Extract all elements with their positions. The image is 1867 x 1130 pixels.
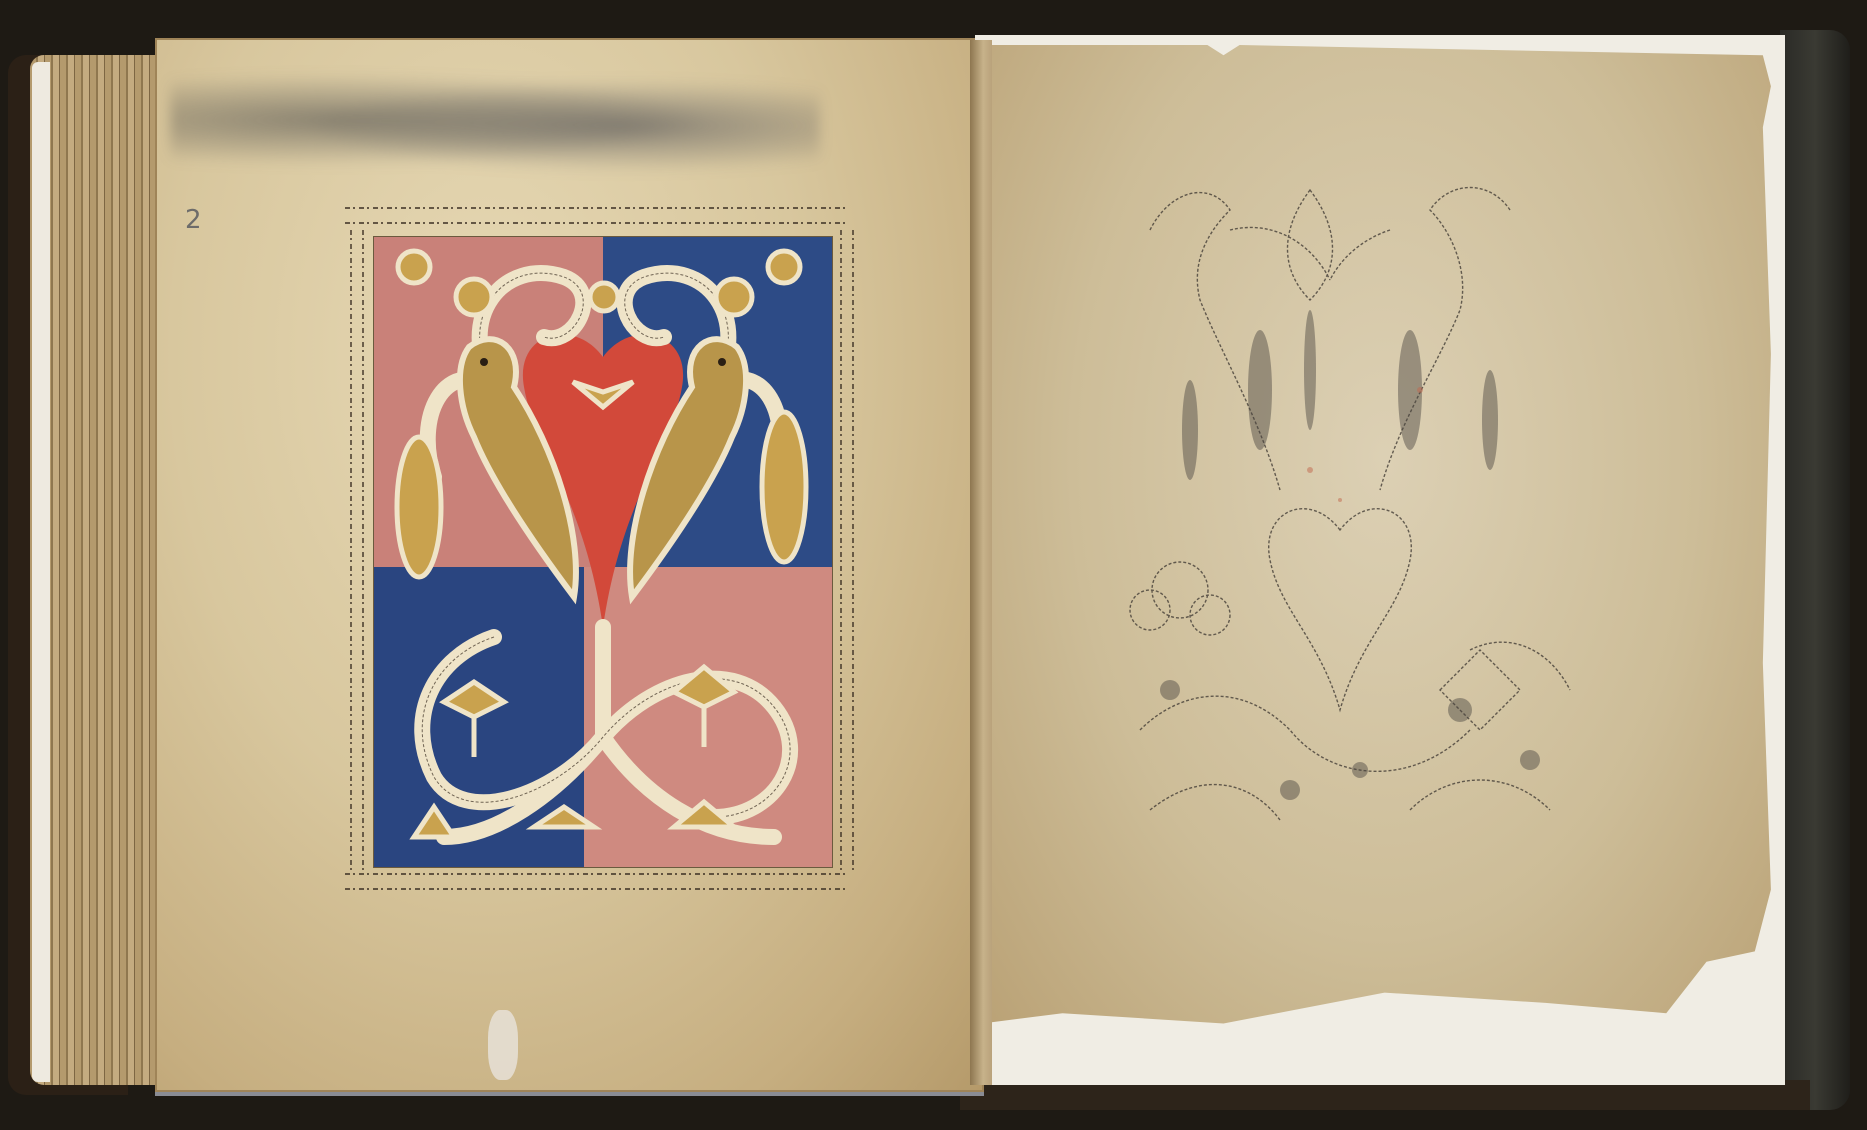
micrography-column: [840, 230, 842, 870]
micrography-column: [350, 230, 352, 870]
offset-drawing: [1110, 170, 1610, 850]
micrography-column: [852, 230, 854, 870]
book-cover-right: [1780, 30, 1850, 1110]
micrography-line: [345, 873, 845, 875]
micrography-line: [345, 207, 845, 209]
folio-number: 2: [185, 205, 202, 235]
page-repair-patch: [488, 1010, 518, 1080]
illumination-artwork: [374, 237, 832, 867]
flyleaf-edge: [32, 62, 50, 1082]
book-gutter: [970, 40, 992, 1085]
ink-smudge-stain: [170, 60, 820, 180]
micrography-line: [345, 222, 845, 224]
illuminated-panel: [373, 236, 833, 868]
micrography-column: [362, 230, 364, 870]
micrography-line: [345, 888, 845, 890]
